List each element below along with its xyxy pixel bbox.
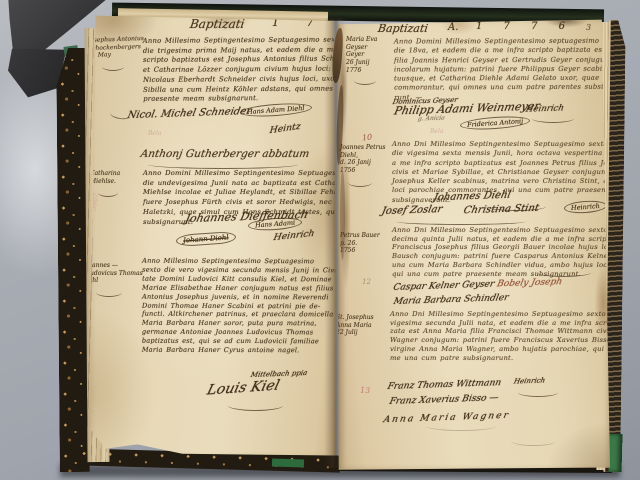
margin-note-entry1: Josephus AntoniusSchockenbergers31 May	[88, 35, 145, 60]
page-number: 3	[586, 23, 591, 32]
margin-flourish	[102, 62, 124, 71]
right-page: Baptizati A. 1 7 7 6 3 Maria EvaGeyserGe…	[336, 16, 610, 472]
margin-note-entry4: St. JosephusAnna Maria22 Julij	[336, 314, 374, 337]
entry3-signature-main: Louis Kiel	[205, 378, 281, 399]
handwriting-line: civis et Mariae Sybillae, et Christianae…	[392, 168, 610, 177]
handwriting-line: virgine Anna Maria Wagner, ambo hujatis …	[390, 345, 610, 354]
handwriting-line: Mariae Elisabethae Haner conjugum natus …	[142, 283, 336, 293]
handwriting-line: 1756	[340, 247, 380, 255]
handwriting-line: tate Domini Ludovici Kitt consulis Kiel,…	[142, 274, 336, 284]
entry1-signature-left: Nicol. Michel Schneider	[126, 106, 252, 121]
entry1-signature-oval: Hans Adam Diehl	[240, 102, 312, 119]
handwriting-line: Anna Maria	[336, 322, 374, 330]
margin-flourish	[96, 288, 122, 297]
handwriting-line: Kihl	[88, 277, 143, 285]
handwriting-line: Anno Domini Millesimo Septingentesimo Se…	[143, 169, 336, 179]
handwriting-line: zata est Anna Maria filia Francisci Thom…	[390, 327, 610, 336]
right-page-header-title: Baptizati	[377, 22, 429, 35]
handwriting-line: Petrus Bauer	[340, 232, 380, 240]
baptism-entry1-paragraph: Anno Millesimo Septingentesimo Septuages…	[143, 35, 336, 105]
entry1-signature-anicia: g. Anicia	[417, 115, 445, 123]
baptism-entry4-paragraph: Anno Dni Millesimo Septingentesimo Septu…	[390, 310, 610, 362]
handwriting-line: die vigesima sexta mensis Junii, hora oc…	[392, 149, 610, 158]
red-index-number-10: 10	[362, 133, 373, 143]
handwriting-line: Miehlse incolae et Juliae Heylandt, et S…	[143, 188, 336, 198]
handwriting-line: Catharina	[90, 170, 120, 178]
handwriting-line: Geyser	[346, 44, 377, 52]
left-page: Baptizati 1 7 7 3807 Josephus AntoniusSc…	[88, 12, 336, 460]
entry4-signature-b: Franz Xaverius Bisso —	[388, 393, 499, 407]
handwriting-line: Antonius Josephus juvenis, et in nomine …	[142, 292, 336, 302]
signature-flourish	[532, 114, 574, 123]
faint-pencil-scribble	[511, 436, 556, 446]
entry3-signature-b: Maria Barbara Schindler	[392, 293, 509, 307]
handwriting-line: Miehlse.	[90, 178, 120, 186]
handwriting-line: die undevigesima Junii nata ac baptizata…	[143, 179, 336, 189]
handwriting-line: sexto die vero vigesima secunda mensis J…	[142, 266, 336, 276]
right-page-header-year: 1 7 7 6	[476, 21, 574, 32]
entry4-signature-a: Franz Thomas Wittmann	[386, 378, 502, 392]
red-index-number-12: 12	[362, 278, 371, 286]
entry4-signature-a2: Heinrich	[513, 376, 546, 385]
handwriting-line: Franciscus Josephus filius Georgii Bauer…	[392, 243, 610, 252]
binding-green-patch-right	[609, 434, 623, 472]
entry3-signature-a: Caspar Kelner Geyser Bobely Joseph	[392, 277, 563, 293]
handwriting-line: Geyer	[346, 51, 377, 59]
signature-flourish	[536, 268, 591, 277]
baptism-entry3-paragraph: Anno Millesimo Septingentesimo Septuages…	[142, 257, 336, 356]
handwriting-line: commorantur, qui omnes una cum patre par…	[394, 83, 610, 93]
entry1-signature-right: Heinrich	[525, 103, 565, 114]
entry1-signature-right: Heintz	[269, 122, 301, 136]
signature-flourish	[518, 388, 558, 397]
handwriting-line: Maria Barbara Haner Cyrus antoine nagel.	[142, 346, 336, 356]
handwriting-line: d. 26 Janij	[340, 159, 385, 167]
entry1-signature-oval: Friderica Antonij	[460, 115, 531, 132]
handwriting-line: Joannes Petrus	[340, 144, 385, 152]
entry2-heading: Anthonj Gutherberger abbatum	[115, 148, 335, 160]
margin-note-entry3: Petrus Bauerp. 26.1756	[340, 232, 380, 255]
entry2-signature-right: Heinrich	[273, 229, 316, 243]
handwriting-line: Maria Eva	[346, 36, 377, 44]
handwriting-line: Wagner conjugum: patrini fuere Franciscu…	[390, 336, 610, 345]
margin-note-entry2: Joannes PetrusDiehl,d. 26 Janij1756	[340, 144, 385, 175]
right-page-header-anno: A.	[448, 22, 458, 33]
handwriting-line: Diehl,	[340, 152, 385, 160]
red-pencil-note: Bela	[148, 130, 161, 137]
binding-green-patch-small	[272, 458, 304, 467]
handwriting-line: 22 Julij	[336, 329, 374, 337]
baptism-entry1-paragraph: Anno Domini Millesimo Septingentesimo se…	[394, 37, 610, 103]
entry3-signature-a1: Caspar Kelner Geyser	[392, 279, 498, 293]
handwriting-line: Ludovicus Thomas	[88, 270, 143, 278]
handwriting-line: Anno Dni Millesimo Septingentesimo Septu…	[392, 226, 610, 235]
heading-underline-flourish	[148, 160, 298, 169]
gutter-stain-streak	[340, 170, 345, 260]
entry3-signature-a2: Bobely Joseph	[496, 277, 563, 289]
handwriting-line: p. 26.	[340, 240, 380, 248]
handwriting-line: 1776	[346, 67, 377, 75]
signature-underline-flourish	[396, 218, 526, 225]
margin-flourish	[98, 188, 118, 197]
handwriting-line: Anno Dni Millesimo Septingentesimo Septu…	[390, 310, 610, 319]
margin-flourish	[354, 76, 376, 85]
handwriting-line: 31 May	[88, 50, 144, 60]
handwriting-line: me una cum patre subsignarunt.	[390, 354, 610, 363]
handwriting-line: Bausch conjugum: patrini fuere Casparus …	[392, 252, 610, 261]
entry2-signature-b: Christina Stint	[463, 203, 540, 217]
handwriting-line: fuere Josephus Fürth civis et soror Hedw…	[143, 198, 336, 208]
red-index-number-13: 13	[360, 386, 370, 395]
handwriting-line: Joannes —	[88, 262, 143, 270]
handwriting-line: Nicolaus Eberhardt Schneider civis hujus…	[143, 74, 336, 85]
handwriting-line: a me infra scripto baptizatus est Joanne…	[392, 159, 610, 168]
faint-pencil-scribble	[426, 421, 496, 431]
handwriting-line: die 18va, et eadem die a me infra script…	[394, 46, 610, 56]
handwriting-line: praesente meam subsignarunt.	[143, 93, 336, 104]
left-page-header-title: Baptizati	[189, 17, 245, 31]
handwriting-line: 1756	[340, 167, 385, 175]
margin-note-entry3: Joannes —Ludovicus ThomasKihl	[88, 262, 143, 285]
red-pencil-note: Bela	[430, 128, 443, 135]
signature-flourish	[228, 400, 283, 411]
entry2-signature-a: Josef Zoslar	[381, 204, 444, 217]
handwriting-line: Anno Dni Millesimo Septingentesimo Septu…	[392, 140, 610, 149]
archival-scan-background: Baptizati 1 7 7 3807 Josephus AntoniusSc…	[0, 0, 640, 480]
entry2-signature-oval-b: Johann Diehl	[176, 231, 236, 247]
margin-note-entry1: Maria EvaGeyserGeyer26 Junij1776	[346, 36, 377, 75]
margin-flourish	[348, 178, 372, 187]
handwriting-line: St. Josephus	[336, 314, 374, 322]
handwriting-line: 26 Junij	[346, 59, 377, 67]
margin-note-entry2: CatharinaMiehlse.	[90, 170, 120, 185]
